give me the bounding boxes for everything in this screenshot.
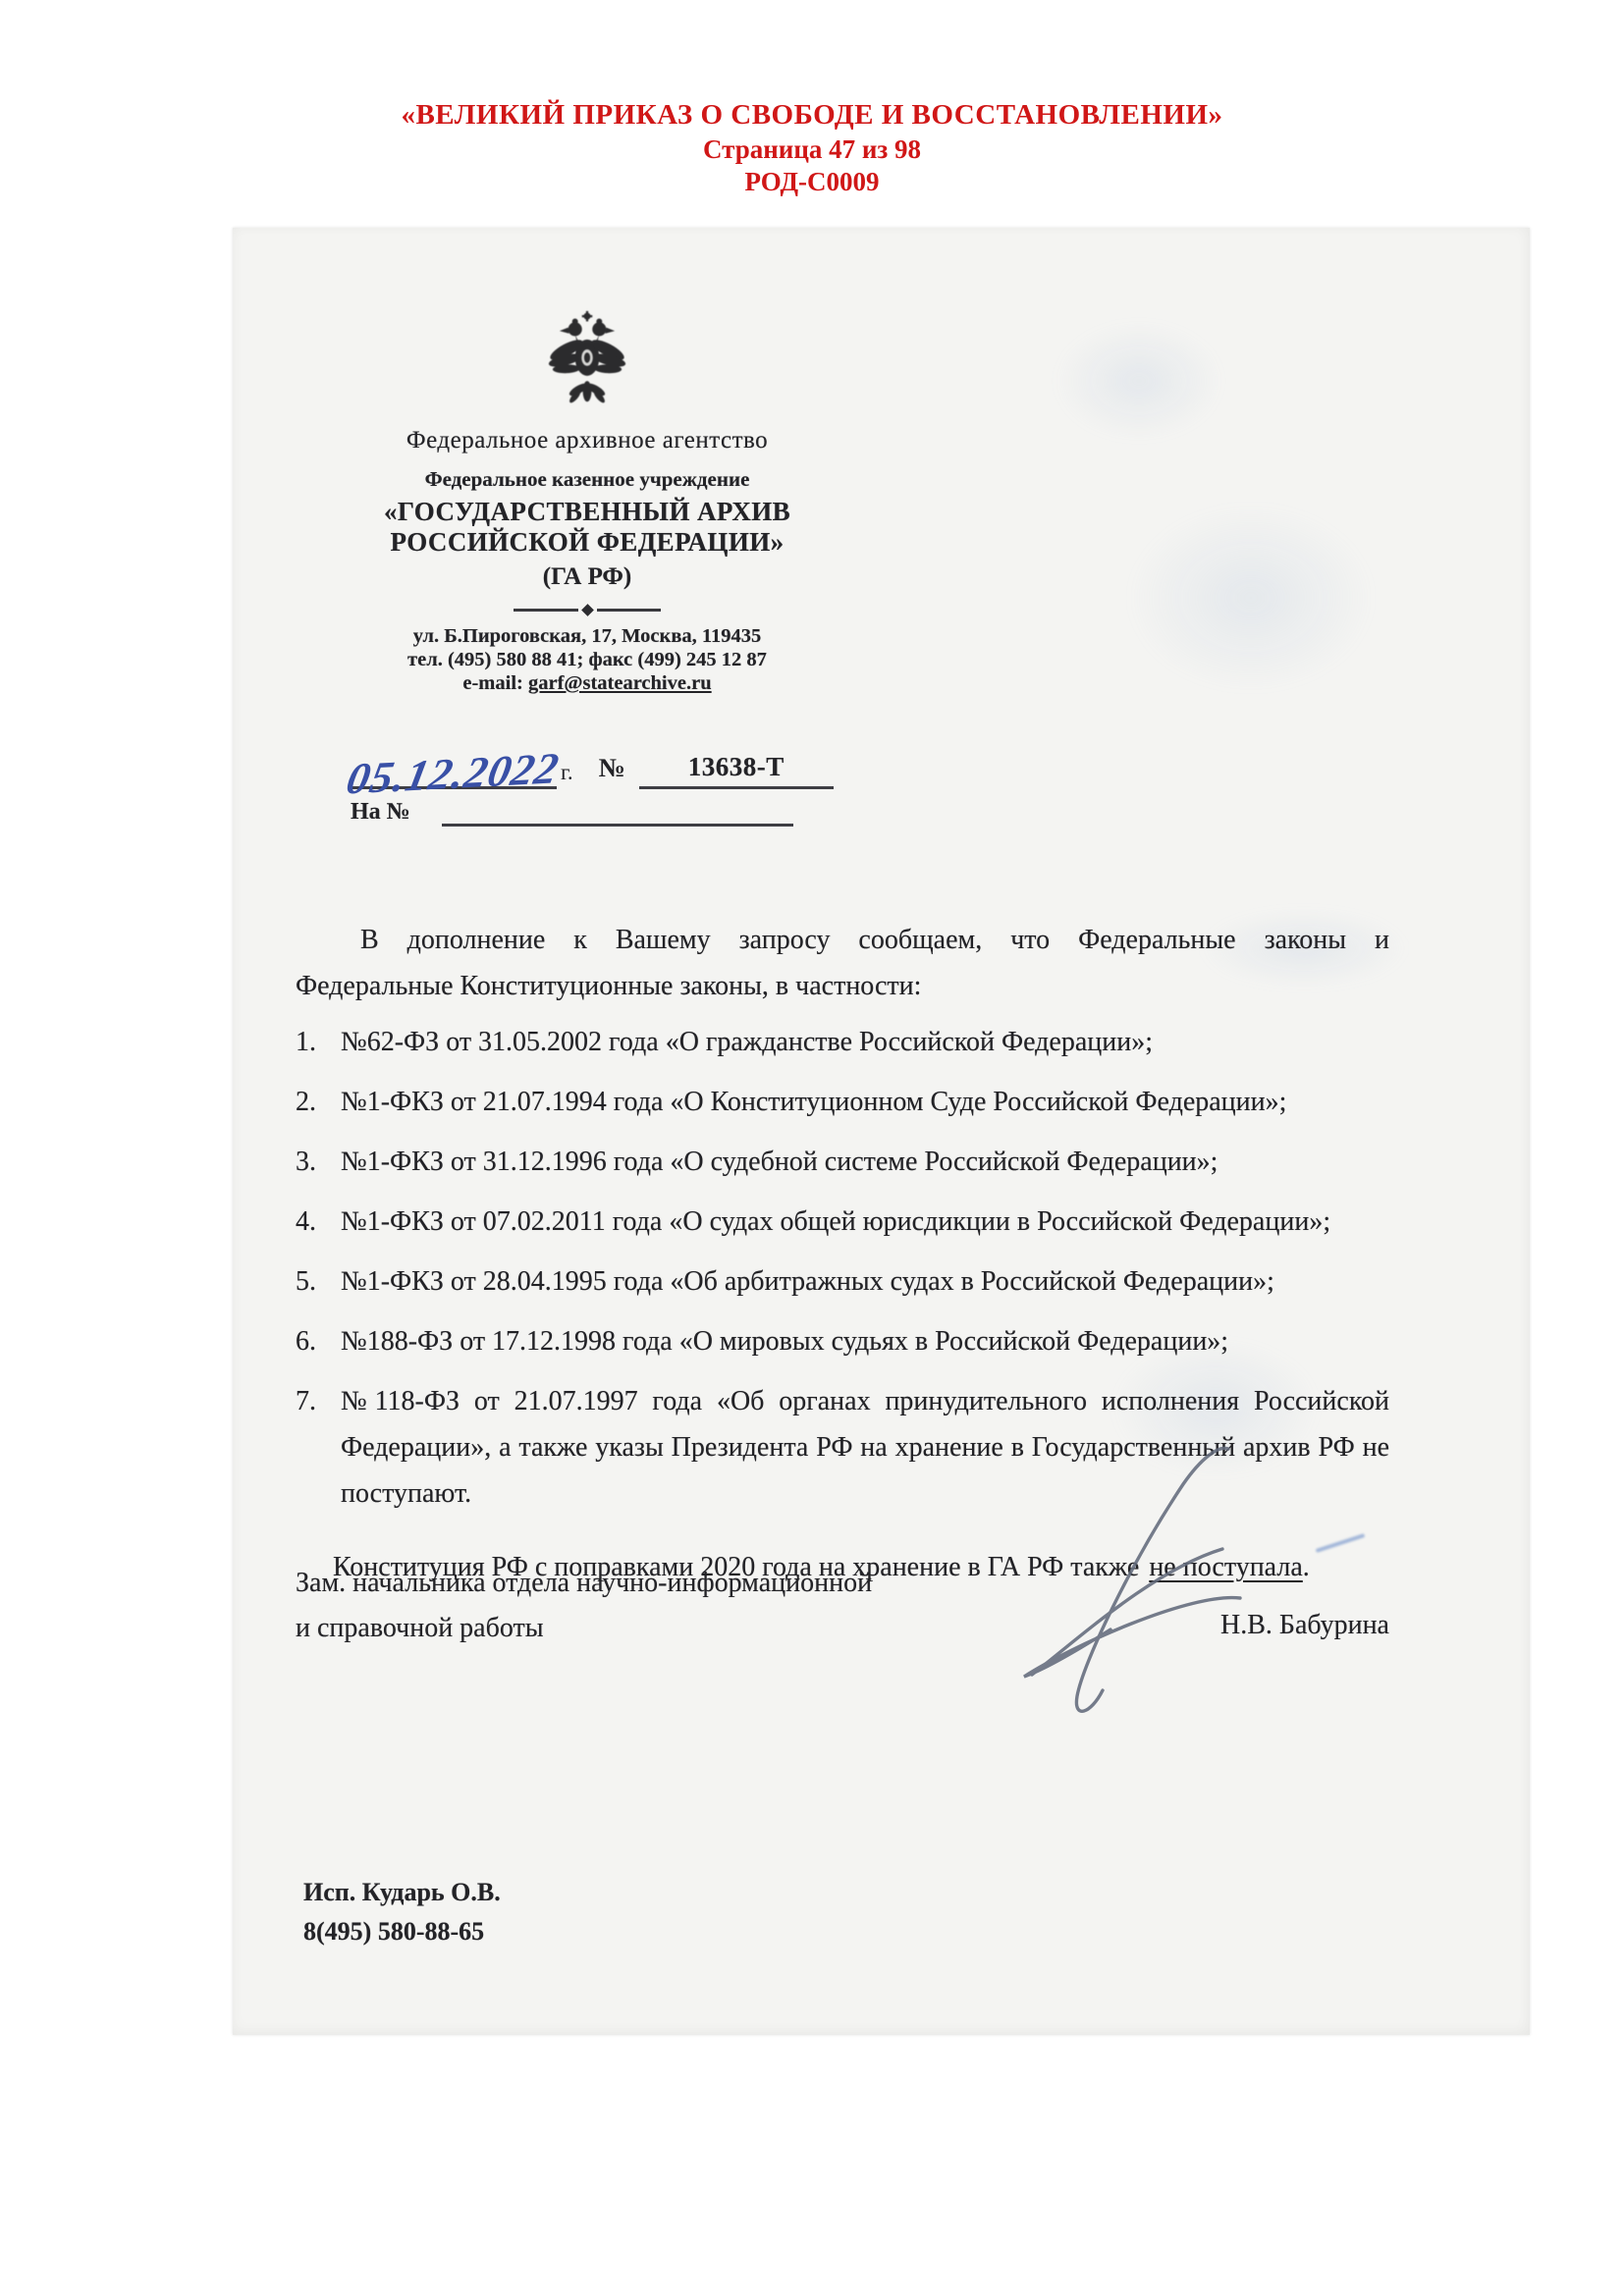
email-label: e-mail: [462,672,528,694]
number-sign: № [599,752,625,783]
handwritten-date: 05.12.2022 [343,746,563,801]
scanned-letter: Федеральное архивное агентство Федеральн… [233,228,1530,2035]
law-item: 2. №1-ФКЗ от 21.07.1994 года «О Конститу… [296,1079,1389,1125]
signature-stroke [779,1443,1250,1728]
law-item: 5. №1-ФКЗ от 28.04.1995 года «Об арбитра… [296,1258,1389,1305]
signatory-name: Н.В. Бабурина [1220,1610,1389,1641]
item-number: 2. [296,1079,341,1125]
org-abbr: (ГА РФ) [290,562,885,592]
law-item: 4. №1-ФКЗ от 07.02.2011 года «О судах об… [296,1199,1389,1245]
intro-line-1: В дополнение к Вашему запросу сообщаем, … [296,917,1389,963]
item-text: №1-ФКЗ от 31.12.1996 года «О судебной си… [341,1139,1389,1185]
item-number: 3. [296,1139,341,1185]
org-name-line2: РОССИЙСКОЙ ФЕДЕРАЦИИ» [290,527,885,558]
overlay-page-info: Страница 47 из 98 [0,133,1624,166]
item-number: 6. [296,1318,341,1364]
page-root: «ВЕЛИКИЙ ПРИКАЗ О СВОБОДЕ И ВОССТАНОВЛЕН… [0,0,1624,2296]
outgoing-number: 13638-Т [639,738,834,789]
email-link: garf@statearchive.ru [528,672,712,694]
executor-block: Исп. Кударь О.В. 8(495) 580-88-65 [303,1873,501,1951]
date-suffix: г. [561,758,573,787]
intro-line-2: Федеральные Конституционные законы, в ча… [296,963,1389,1009]
letterhead-institution: Федеральное казенное учреждение [290,467,885,492]
reference-row: 05.12.2022 г.№13638-Т [351,736,834,789]
item-number: 4. [296,1199,341,1245]
item-number: 7. [296,1378,341,1517]
incoming-number-underline [442,801,793,827]
item-text: №62-ФЗ от 31.05.2002 года «О гражданстве… [341,1019,1389,1065]
item-text: №188-ФЗ от 17.12.1998 года «О мировых су… [341,1318,1389,1364]
letterhead: Федеральное архивное агентство Федеральн… [290,310,885,695]
diamond-divider-icon [514,606,661,614]
item-text: №1-ФКЗ от 28.04.1995 года «Об арбитражны… [341,1258,1389,1305]
item-number: 5. [296,1258,341,1305]
executor-phone: 8(495) 580-88-65 [303,1912,501,1951]
date-underline: 05.12.2022 [351,736,557,789]
address-line: ул. Б.Пироговская, 17, Москва, 119435 [290,624,885,648]
red-header: «ВЕЛИКИЙ ПРИКАЗ О СВОБОДЕ И ВОССТАНОВЛЕН… [0,96,1624,198]
coat-of-arms-icon [544,310,630,410]
bleed-smudge [1056,322,1222,440]
constitution-period: . [1303,1552,1310,1582]
bleed-smudge [1128,505,1374,691]
org-name-line1: «ГОСУДАРСТВЕННЫЙ АРХИВ [290,497,885,527]
law-item: 1. №62-ФЗ от 31.05.2002 года «О гражданс… [296,1019,1389,1065]
law-list: 1. №62-ФЗ от 31.05.2002 года «О гражданс… [296,1019,1389,1517]
incoming-number-label: На № [351,797,410,827]
item-text: №1-ФКЗ от 21.07.1994 года «О Конституцио… [341,1079,1389,1125]
incoming-reference-row: На № [351,797,793,827]
law-item: 3. №1-ФКЗ от 31.12.1996 года «О судебной… [296,1139,1389,1185]
overlay-doc-code: РОД-С0009 [0,166,1624,198]
phone-fax-line: тел. (495) 580 88 41; факс (499) 245 12 … [290,648,885,671]
executor-line: Исп. Кударь О.В. [303,1873,501,1912]
overlay-title: «ВЕЛИКИЙ ПРИКАЗ О СВОБОДЕ И ВОССТАНОВЛЕН… [0,96,1624,133]
item-number: 1. [296,1019,341,1065]
email-line: e-mail: garf@statearchive.ru [290,671,885,695]
letterhead-agency: Федеральное архивное агентство [290,426,885,455]
law-item: 6. №188-ФЗ от 17.12.1998 года «О мировых… [296,1318,1389,1364]
item-text: №1-ФКЗ от 07.02.2011 года «О судах общей… [341,1199,1389,1245]
